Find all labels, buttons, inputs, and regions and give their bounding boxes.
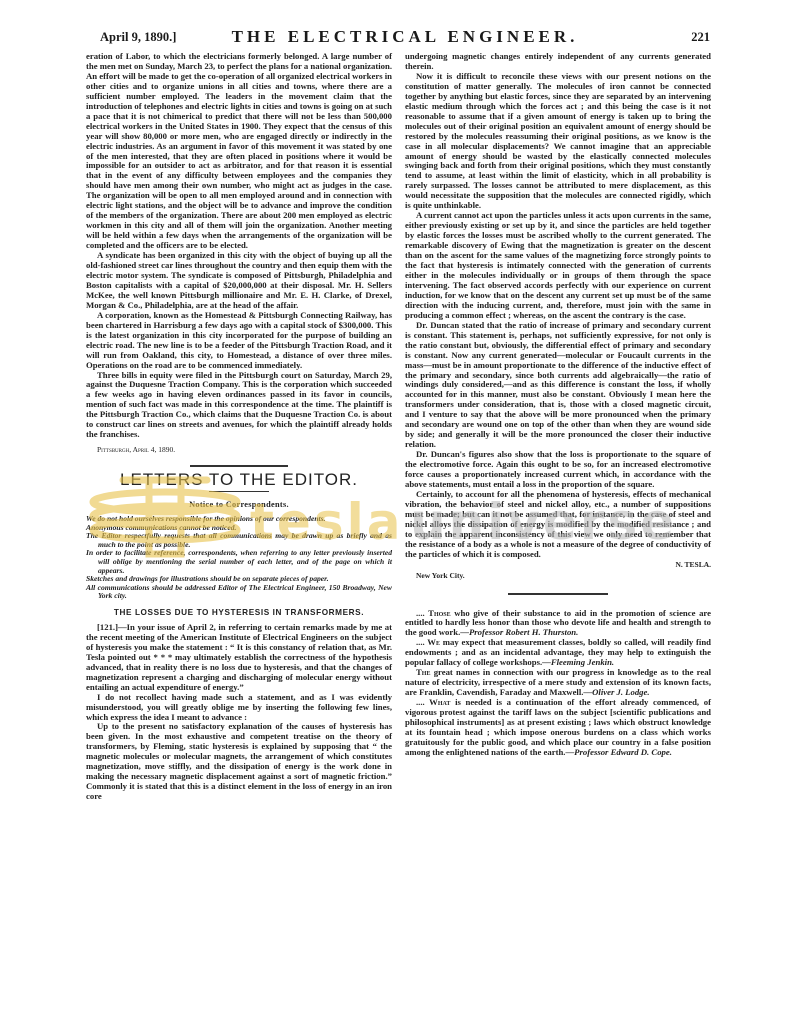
letter-paragraph: Dr. Duncan stated that the ratio of incr… <box>405 321 711 450</box>
article-paragraph: Three bills in equity were filed in the … <box>86 371 392 441</box>
notice-list: We do not hold ourselves responsible for… <box>86 515 392 601</box>
letter-paragraph: [121.]—In your issue of April 2, in refe… <box>86 623 392 693</box>
quote-attribution: Fleeming Jenkin. <box>551 657 614 667</box>
letter-paragraph: undergoing magnetic changes entirely ind… <box>405 52 711 72</box>
quote-attribution: Professor Edward D. Cope. <box>574 747 672 757</box>
quote-lead: The <box>416 667 430 677</box>
letter-paragraph: A current cannot act upon the particles … <box>405 211 711 320</box>
quote-item: .... What is needed is a continuation of… <box>405 698 711 758</box>
title-underline <box>209 491 269 492</box>
page-header: April 9, 1890.] THE ELECTRICAL ENGINEER.… <box>100 27 710 49</box>
dateline: Pittsburgh, April 4, 1890. <box>86 445 392 455</box>
letter-paragraph: Certainly, to account for all the phenom… <box>405 490 711 560</box>
quote-item: .... We may expect that measurement clas… <box>405 638 711 668</box>
notice-item: In order to facilitate reference, corres… <box>86 549 392 575</box>
quote-attribution: Professor Robert H. Thurston. <box>469 627 578 637</box>
quote-lead: .... Those <box>416 608 451 618</box>
newspaper-page: April 9, 1890.] THE ELECTRICAL ENGINEER.… <box>0 0 800 1035</box>
letter-paragraph: Up to the present no satisfactory explan… <box>86 722 392 802</box>
notice-item: The Editor respectfully requests that al… <box>86 532 392 549</box>
notice-item: All communications should be addressed E… <box>86 584 392 601</box>
quote-attribution: Oliver J. Lodge. <box>592 687 649 697</box>
left-column: eration of Labor, to which the electrici… <box>86 52 392 802</box>
author-signature: N. TESLA. <box>675 560 711 570</box>
quote-body: great names in connection with our progr… <box>405 667 711 697</box>
section-divider <box>190 465 288 467</box>
article-paragraph: A syndicate has been organized in this c… <box>86 251 392 311</box>
signature-line: N. TESLA. <box>405 560 711 570</box>
section-title: LETTERS TO THE EDITOR. <box>86 475 392 485</box>
publication-title: THE ELECTRICAL ENGINEER. <box>100 27 710 47</box>
letter-title: THE LOSSES DUE TO HYSTERESIS IN TRANSFOR… <box>86 608 392 618</box>
right-column: undergoing magnetic changes entirely ind… <box>405 52 711 758</box>
article-paragraph: eration of Labor, to which the electrici… <box>86 52 392 251</box>
author-place: New York City. <box>405 571 711 581</box>
quote-lead: .... What <box>416 697 450 707</box>
article-paragraph: A corporation, known as the Homestead & … <box>86 311 392 371</box>
page-number: 221 <box>691 30 710 45</box>
section-divider <box>508 593 608 595</box>
letter-paragraph: I do not recollect having made such a st… <box>86 693 392 723</box>
quote-item: .... Those who give of their substance t… <box>405 609 711 639</box>
quote-lead: .... We <box>416 637 440 647</box>
letter-paragraph: Now it is difficult to reconcile these v… <box>405 72 711 211</box>
letter-paragraph: Dr. Duncan's figures also show that the … <box>405 450 711 490</box>
notice-heading: Notice to Correspondents. <box>86 500 392 510</box>
quote-item: The great names in connection with our p… <box>405 668 711 698</box>
